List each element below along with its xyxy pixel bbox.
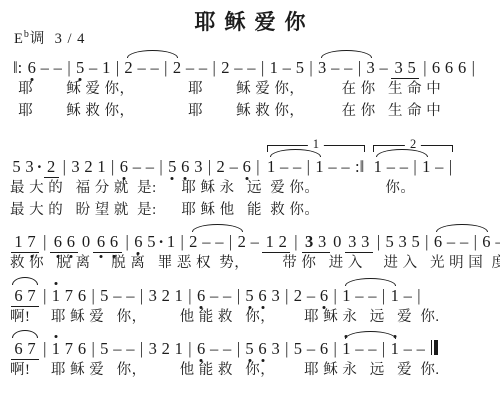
note: 3 [318, 58, 326, 77]
duration-dash: – [328, 157, 336, 176]
note: 2 [47, 157, 55, 176]
duration-dash: – [54, 58, 62, 77]
note: 1 [175, 286, 183, 305]
duration-dash: – [251, 232, 259, 251]
system-1: ‖:6––|5–1|2––|2––|2––|1–5|3––|3–35|666| … [10, 48, 490, 122]
note: 5 [412, 232, 420, 251]
note: 6 [28, 58, 36, 77]
note: 5 [100, 286, 108, 305]
barline: | [334, 339, 337, 358]
lyric-line: 最 大 的 盼 望 就 是: 耶 稣 他 能 救 你。 [10, 200, 490, 222]
rest-note: 0 [82, 232, 90, 251]
duration-dash: – [146, 157, 154, 176]
barline: | [237, 339, 240, 358]
duration-dash: – [133, 157, 141, 176]
note: 1 [422, 157, 430, 176]
lyric-line: 耶 稣 爱 你， 耶 稣 爱 你， 在 你 生 命 中 [10, 79, 490, 101]
barline: | [449, 157, 452, 176]
note: 1 [97, 157, 105, 176]
ending-bracket: 21––|1–| [371, 144, 455, 176]
beam-group: 2 [44, 157, 59, 178]
note: 6 [445, 58, 453, 77]
barline: | [417, 286, 420, 305]
note: 3 [71, 157, 79, 176]
note: 1 [167, 232, 175, 251]
duration-dash: – [400, 157, 408, 176]
note: 3 [318, 232, 326, 251]
beam-group: 17 [11, 232, 39, 253]
lyric-line: 啊! 耶 稣 爱 你， 他 能 救 你， 耶 稣 永 远 爱 你. [10, 307, 490, 329]
note: 2 [162, 339, 170, 358]
barline: | [423, 58, 426, 77]
note: 7 [27, 286, 35, 305]
repeat-start-sign: ‖: [13, 58, 22, 77]
barline: | [382, 286, 385, 305]
note: 3 [399, 232, 407, 251]
duration-dash: – [368, 339, 376, 358]
beam-group: 33 [302, 232, 330, 253]
tie-arc [12, 330, 38, 338]
note: 1 [391, 286, 399, 305]
note: 5 [147, 232, 155, 251]
beam-group: 67 [11, 339, 39, 360]
note: 5 [76, 58, 84, 77]
barline: | [140, 339, 143, 358]
barline: | [474, 232, 477, 251]
duration-dash: – [126, 286, 134, 305]
note: 1 [315, 157, 323, 176]
duration-dash: – [89, 58, 97, 77]
note: 2 [173, 58, 181, 77]
duration-dash: – [230, 157, 238, 176]
tie-group: 1––|1 [340, 286, 401, 305]
notation-line: 53·2|321|6––|563|2–6|11––|1––:‖21––|1–| [10, 123, 490, 178]
note: 1 [102, 58, 110, 77]
note: 1 [267, 157, 275, 176]
barline: | [285, 339, 288, 358]
note: 2 [294, 286, 302, 305]
barline: | [188, 339, 191, 358]
note: 3 [348, 232, 356, 251]
system-5: 67|176|5––|321|6––|563|5–6|1––|1––啊! 耶 稣… [10, 329, 490, 382]
note: 6 [67, 232, 75, 251]
barline: | [285, 286, 288, 305]
duration-dash: – [404, 286, 412, 305]
note: 3 [361, 232, 369, 251]
note: 1 [342, 339, 350, 358]
note: 6 [320, 286, 328, 305]
duration-dash: – [234, 58, 242, 77]
duration-dash: – [202, 232, 210, 251]
duration-dash: – [223, 339, 231, 358]
duration-dash: – [280, 157, 288, 176]
duration-dash: – [199, 58, 207, 77]
note: 5 [296, 58, 304, 77]
barline: | [67, 58, 70, 77]
duration-dash: – [435, 157, 443, 176]
tie-arc [192, 224, 243, 232]
note: 1 [270, 58, 278, 77]
note: 3 [194, 157, 202, 176]
beam-group: 35 [391, 58, 419, 79]
note: 6 [197, 339, 205, 358]
note: 2 [124, 58, 132, 77]
barline: | [43, 232, 46, 251]
tie-group: 1––|1 [340, 339, 401, 358]
note: 6 [258, 339, 266, 358]
lyric-line: 耶 稣 救 你， 耶 稣 救 你， 在 你 生 命 中 [10, 101, 490, 123]
barline: | [140, 286, 143, 305]
beam-group: 12 [262, 232, 290, 253]
barline: | [309, 58, 312, 77]
barline: | [188, 286, 191, 305]
note: 6 [54, 232, 62, 251]
note: 3 [149, 339, 157, 358]
key-word: 调 [30, 31, 46, 47]
note: 6 [78, 339, 86, 358]
note: 7 [65, 286, 73, 305]
duration-dash: – [113, 339, 121, 358]
barline: | [382, 339, 385, 358]
key-note: E [14, 31, 24, 47]
note: 3 [305, 232, 313, 251]
duration-dash: – [307, 339, 315, 358]
duration-dash: – [293, 157, 301, 176]
note: 5 [168, 157, 176, 176]
note: 2 [279, 232, 287, 251]
tie-group: 67 [10, 286, 40, 307]
barline: | [63, 157, 66, 176]
tie-group: 3––|3 [316, 58, 377, 77]
barline: | [358, 58, 361, 77]
duration-dash: – [307, 286, 315, 305]
note: 6 [320, 339, 328, 358]
duration-dash: – [215, 232, 223, 251]
barline: | [334, 286, 337, 305]
note: 6 [110, 232, 118, 251]
rest-note: 0 [333, 232, 341, 251]
barline: | [91, 286, 94, 305]
note: 7 [27, 232, 35, 251]
tie-arc [345, 278, 396, 286]
note: 6 [482, 232, 490, 251]
duration-dash: – [417, 339, 425, 358]
note: 3 [271, 339, 279, 358]
lyric-line: 啊! 耶 稣 爱 你， 他 能 救 你， 耶 稣 永 远 爱 你. [10, 360, 490, 382]
tie-arc [12, 277, 38, 285]
barline: | [116, 58, 119, 77]
note: 6 [258, 286, 266, 305]
repeat-end-sign: :‖ [355, 157, 364, 176]
tie-group: 1––|1 [371, 157, 432, 176]
duration-dash: – [210, 286, 218, 305]
barline: | [425, 232, 428, 251]
system-2: 53·2|321|6––|563|2–6|11––|1––:‖21––|1–|最… [10, 123, 490, 221]
tie-arc [321, 50, 372, 58]
system-4: 67|176|5––|321|6––|563|2–6|1––|1–|啊! 耶 稣… [10, 276, 490, 329]
duration-dash: – [186, 58, 194, 77]
duration-dash: – [223, 286, 231, 305]
barline: | [472, 58, 475, 77]
duration-dash: – [344, 58, 352, 77]
duration-dash: – [41, 58, 49, 77]
duration-dash: – [126, 339, 134, 358]
note: 1 [52, 339, 60, 358]
duration-dash: – [150, 58, 158, 77]
duration-dash: – [368, 286, 376, 305]
note: 1 [52, 286, 60, 305]
sheet-music-page: 耶稣爱你 Eb调 3 / 4 ‖:6––|5–1|2––|2––|2––|1–5… [0, 0, 500, 396]
note: 6 [181, 157, 189, 176]
note: 7 [65, 339, 73, 358]
ending-number: 1 [308, 138, 324, 151]
barline: | [307, 157, 310, 176]
tie-arc [127, 50, 178, 58]
note: 5 [12, 157, 20, 176]
tie-group: 2––|2 [122, 58, 183, 77]
note: 6 [14, 339, 22, 358]
augmentation-dot: · [37, 157, 43, 176]
lyric-line: 救 你 脱 离 脱 离 罪 恶 权 势， 带 你 进 入 进 入 光 明 国 度… [10, 253, 490, 275]
duration-dash: – [210, 339, 218, 358]
note: 3 [271, 286, 279, 305]
beam-group: 66 [50, 232, 78, 253]
barline: | [256, 157, 259, 176]
note: 2 [221, 58, 229, 77]
note: 1 [342, 286, 350, 305]
duration-dash: – [331, 58, 339, 77]
duration-dash: – [355, 286, 363, 305]
barline: | [180, 232, 183, 251]
barline: | [91, 339, 94, 358]
note: 2 [238, 232, 246, 251]
note: 5 [385, 232, 393, 251]
barline: | [164, 58, 167, 77]
barline: | [43, 339, 46, 358]
ending-bracket: 11––|1––:‖ [265, 144, 368, 176]
note: 5 [245, 339, 253, 358]
note: 5 [100, 339, 108, 358]
final-barline [431, 340, 438, 355]
barline: | [377, 232, 380, 251]
barline: | [213, 58, 216, 77]
barline: | [111, 157, 114, 176]
barline: | [237, 286, 240, 305]
tie-group: 2––|2 [187, 232, 248, 251]
duration-dash: – [379, 58, 387, 77]
time-signature: 3 / 4 [55, 31, 86, 47]
barline: | [159, 157, 162, 176]
notation-line: 67|176|5––|321|6––|563|2–6|1––|1–| [10, 276, 490, 307]
note: 6 [434, 232, 442, 251]
note: 1 [391, 339, 399, 358]
beam-group: 67 [11, 286, 39, 307]
duration-dash: – [460, 232, 468, 251]
duration-dash: – [283, 58, 291, 77]
note: 6 [14, 286, 22, 305]
note: 6 [458, 58, 466, 77]
duration-dash: – [113, 286, 121, 305]
duration-dash: – [355, 339, 363, 358]
note: 6 [78, 286, 86, 305]
note: 6 [243, 157, 251, 176]
note: 3 [366, 58, 374, 77]
notation-line: 17|66066|65·1|2––|2–12|33033|535|6––|6–| [10, 222, 490, 253]
music-systems: ‖:6––|5–1|2––|2––|2––|1–5|3––|3–35|666| … [10, 48, 490, 382]
barline: | [208, 157, 211, 176]
tie-group: 6––|6 [431, 232, 492, 251]
duration-dash: – [387, 157, 395, 176]
note: 7 [27, 339, 35, 358]
barline: | [43, 286, 46, 305]
key-signature: Eb调 3 / 4 [14, 27, 85, 48]
system-3: 17|66066|65·1|2––|2–12|33033|535|6––|6–|… [10, 222, 490, 275]
note: 6 [120, 157, 128, 176]
barline: | [261, 58, 264, 77]
duration-dash: – [247, 58, 255, 77]
tie-group: 1––|1 [265, 157, 326, 176]
tie-arc [436, 224, 487, 232]
note: 1 [175, 339, 183, 358]
duration-dash: – [404, 339, 412, 358]
note: 2 [162, 286, 170, 305]
note: 5 [408, 58, 416, 77]
beam-group: 66 [93, 232, 121, 253]
sheet-header: 耶稣爱你 Eb调 3 / 4 [10, 6, 490, 48]
note: 6 [432, 58, 440, 77]
note: 2 [217, 157, 225, 176]
note: 1 [266, 232, 274, 251]
note: 6 [197, 286, 205, 305]
lyric-line: 最 大 的 福 分 就 是: 耶 稣 永 远 爱 你。 你。 [10, 178, 490, 200]
note: 3 [25, 157, 33, 176]
notation-line: 67|176|5––|321|6––|563|5–6|1––|1–– [10, 329, 490, 360]
duration-dash: – [447, 232, 455, 251]
note: 5 [294, 339, 302, 358]
duration-dash: – [495, 232, 500, 251]
note: 6 [134, 232, 142, 251]
note: 3 [395, 58, 403, 77]
barline: | [413, 157, 416, 176]
beam-group: 33 [345, 232, 373, 253]
note: 5 [245, 286, 253, 305]
duration-dash: – [341, 157, 349, 176]
note: 1 [14, 232, 22, 251]
barline: | [229, 232, 232, 251]
note: 2 [189, 232, 197, 251]
note: 6 [97, 232, 105, 251]
note: 3 [149, 286, 157, 305]
duration-dash: – [137, 58, 145, 77]
augmentation-dot: · [158, 232, 164, 251]
barline: | [294, 232, 297, 251]
barline: | [126, 232, 129, 251]
tie-group: 67 [10, 339, 40, 360]
note: 1 [374, 157, 382, 176]
note: 2 [84, 157, 92, 176]
tie-arc [345, 331, 396, 339]
notation-line: ‖:6––|5–1|2––|2––|2––|1–5|3––|3–35|666| [10, 48, 490, 79]
